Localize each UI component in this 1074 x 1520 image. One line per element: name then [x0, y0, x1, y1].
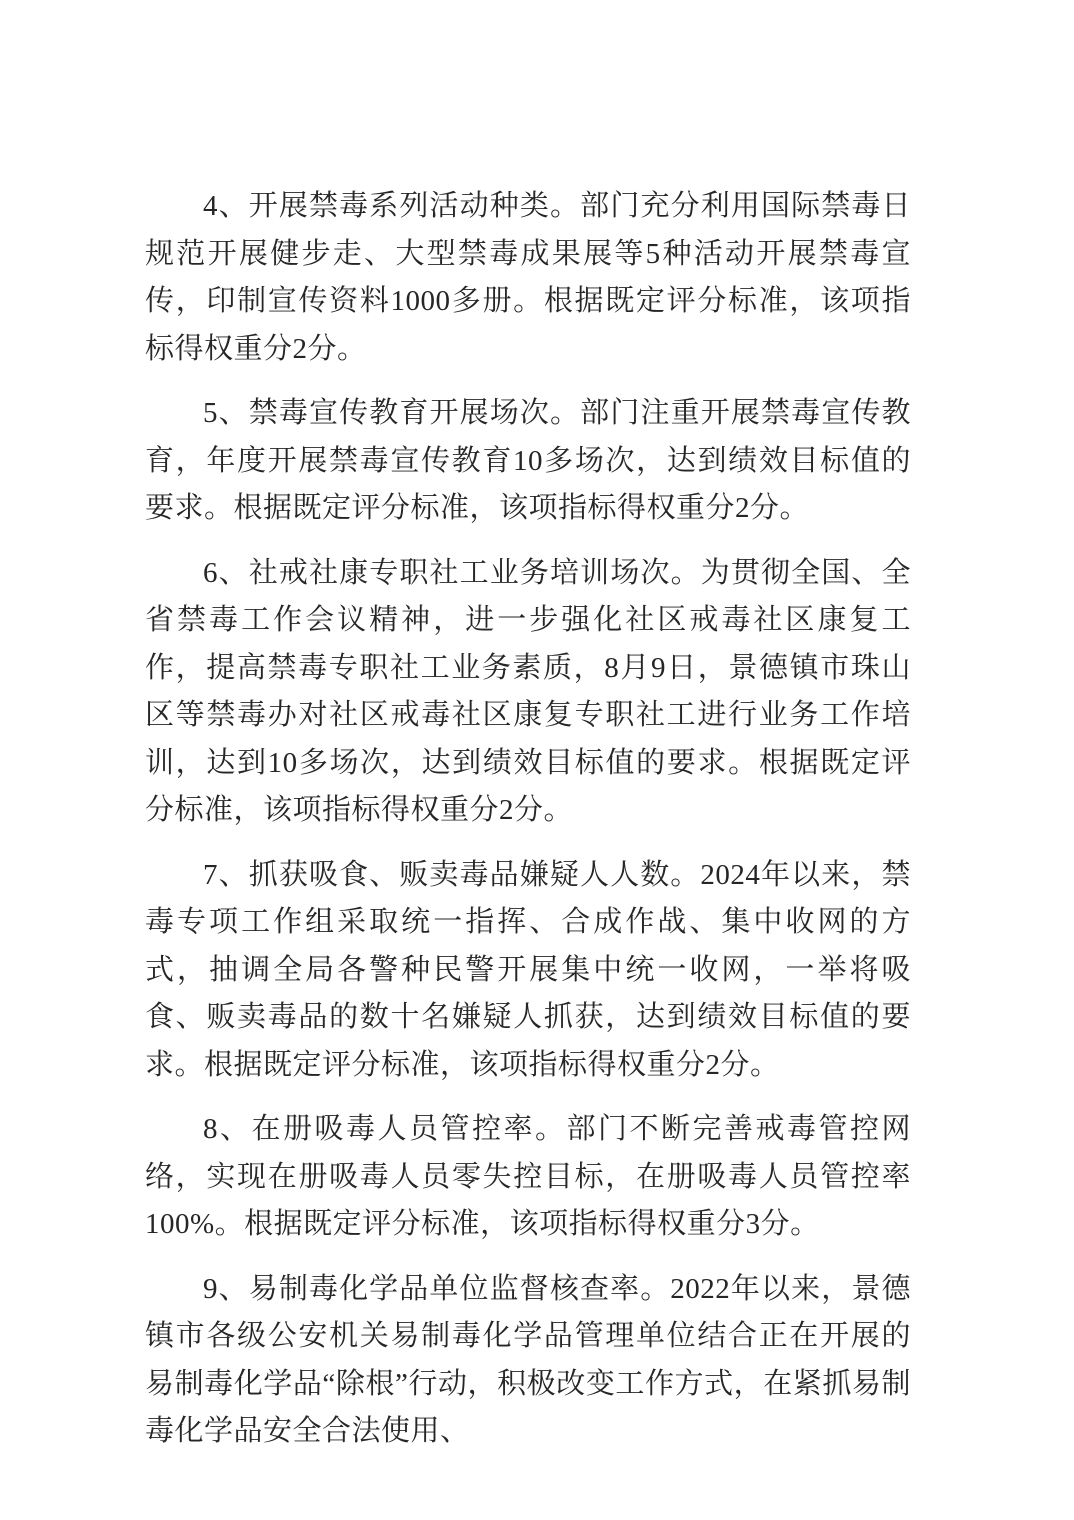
document-page: 4、开展禁毒系列活动种类。部门充分利用国际禁毒日规范开展健步走、大型禁毒成果展等…: [0, 0, 1074, 1520]
paragraph-item-6: 6、社戒社康专职社工业务培训场次。为贯彻全国、全省禁毒工作会议精神，进一步强化社…: [145, 550, 911, 835]
paragraph-item-7: 7、抓获吸食、贩卖毒品嫌疑人人数。2024年以来，禁毒专项工作组采取统一指挥、合…: [145, 852, 911, 1090]
paragraph-item-8: 8、在册吸毒人员管控率。部门不断完善戒毒管控网络，实现在册吸毒人员零失控目标，在…: [145, 1106, 911, 1249]
paragraph-item-9: 9、易制毒化学品单位监督核查率。2022年以来，景德镇市各级公安机关易制毒化学品…: [145, 1266, 911, 1456]
document-body-text: 4、开展禁毒系列活动种类。部门充分利用国际禁毒日规范开展健步走、大型禁毒成果展等…: [145, 183, 911, 1473]
paragraph-item-5: 5、禁毒宣传教育开展场次。部门注重开展禁毒宣传教育，年度开展禁毒宣传教育10多场…: [145, 390, 911, 533]
paragraph-item-4: 4、开展禁毒系列活动种类。部门充分利用国际禁毒日规范开展健步走、大型禁毒成果展等…: [145, 183, 911, 373]
